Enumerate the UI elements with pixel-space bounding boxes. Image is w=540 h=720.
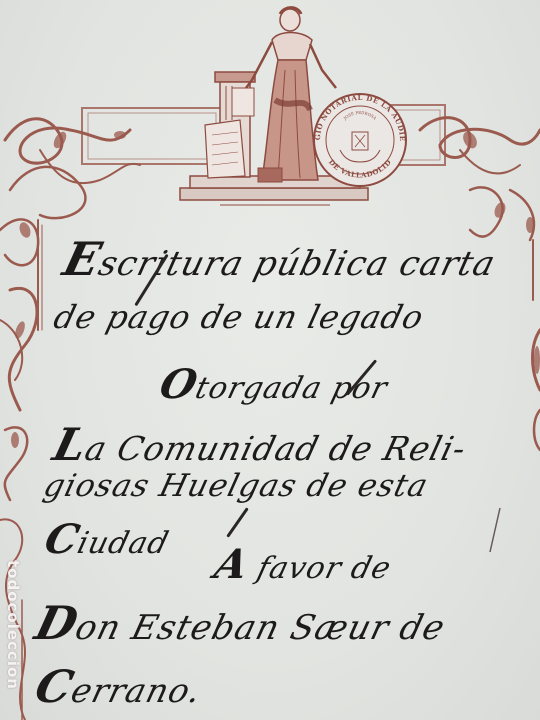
document-page: COLEGIO NOTARIAL DE LA AUDIENCIA DE VALL… <box>0 0 540 720</box>
handwritten-line-3: Otorgada por <box>155 360 394 408</box>
notarial-seal: COLEGIO NOTARIAL DE LA AUDIENCIA DE VALL… <box>0 0 407 186</box>
handwritten-line-7: A favor de <box>210 540 398 588</box>
handwritten-line-6: Ciudad <box>40 515 175 563</box>
handwritten-line-2: de pago de un legado <box>50 298 428 336</box>
handwritten-line-4: La Comunidad de Reli- <box>48 418 473 471</box>
handwritten-line-9: Cerrano. <box>30 660 208 713</box>
handwritten-line-1: Escritura pública carta <box>58 232 503 286</box>
handwritten-line-8: Don Esteban Sæur de <box>30 596 452 650</box>
handwritten-line-5: giosas Huelgas de esta <box>40 468 432 504</box>
watermark: todocoleccion <box>4 560 22 690</box>
